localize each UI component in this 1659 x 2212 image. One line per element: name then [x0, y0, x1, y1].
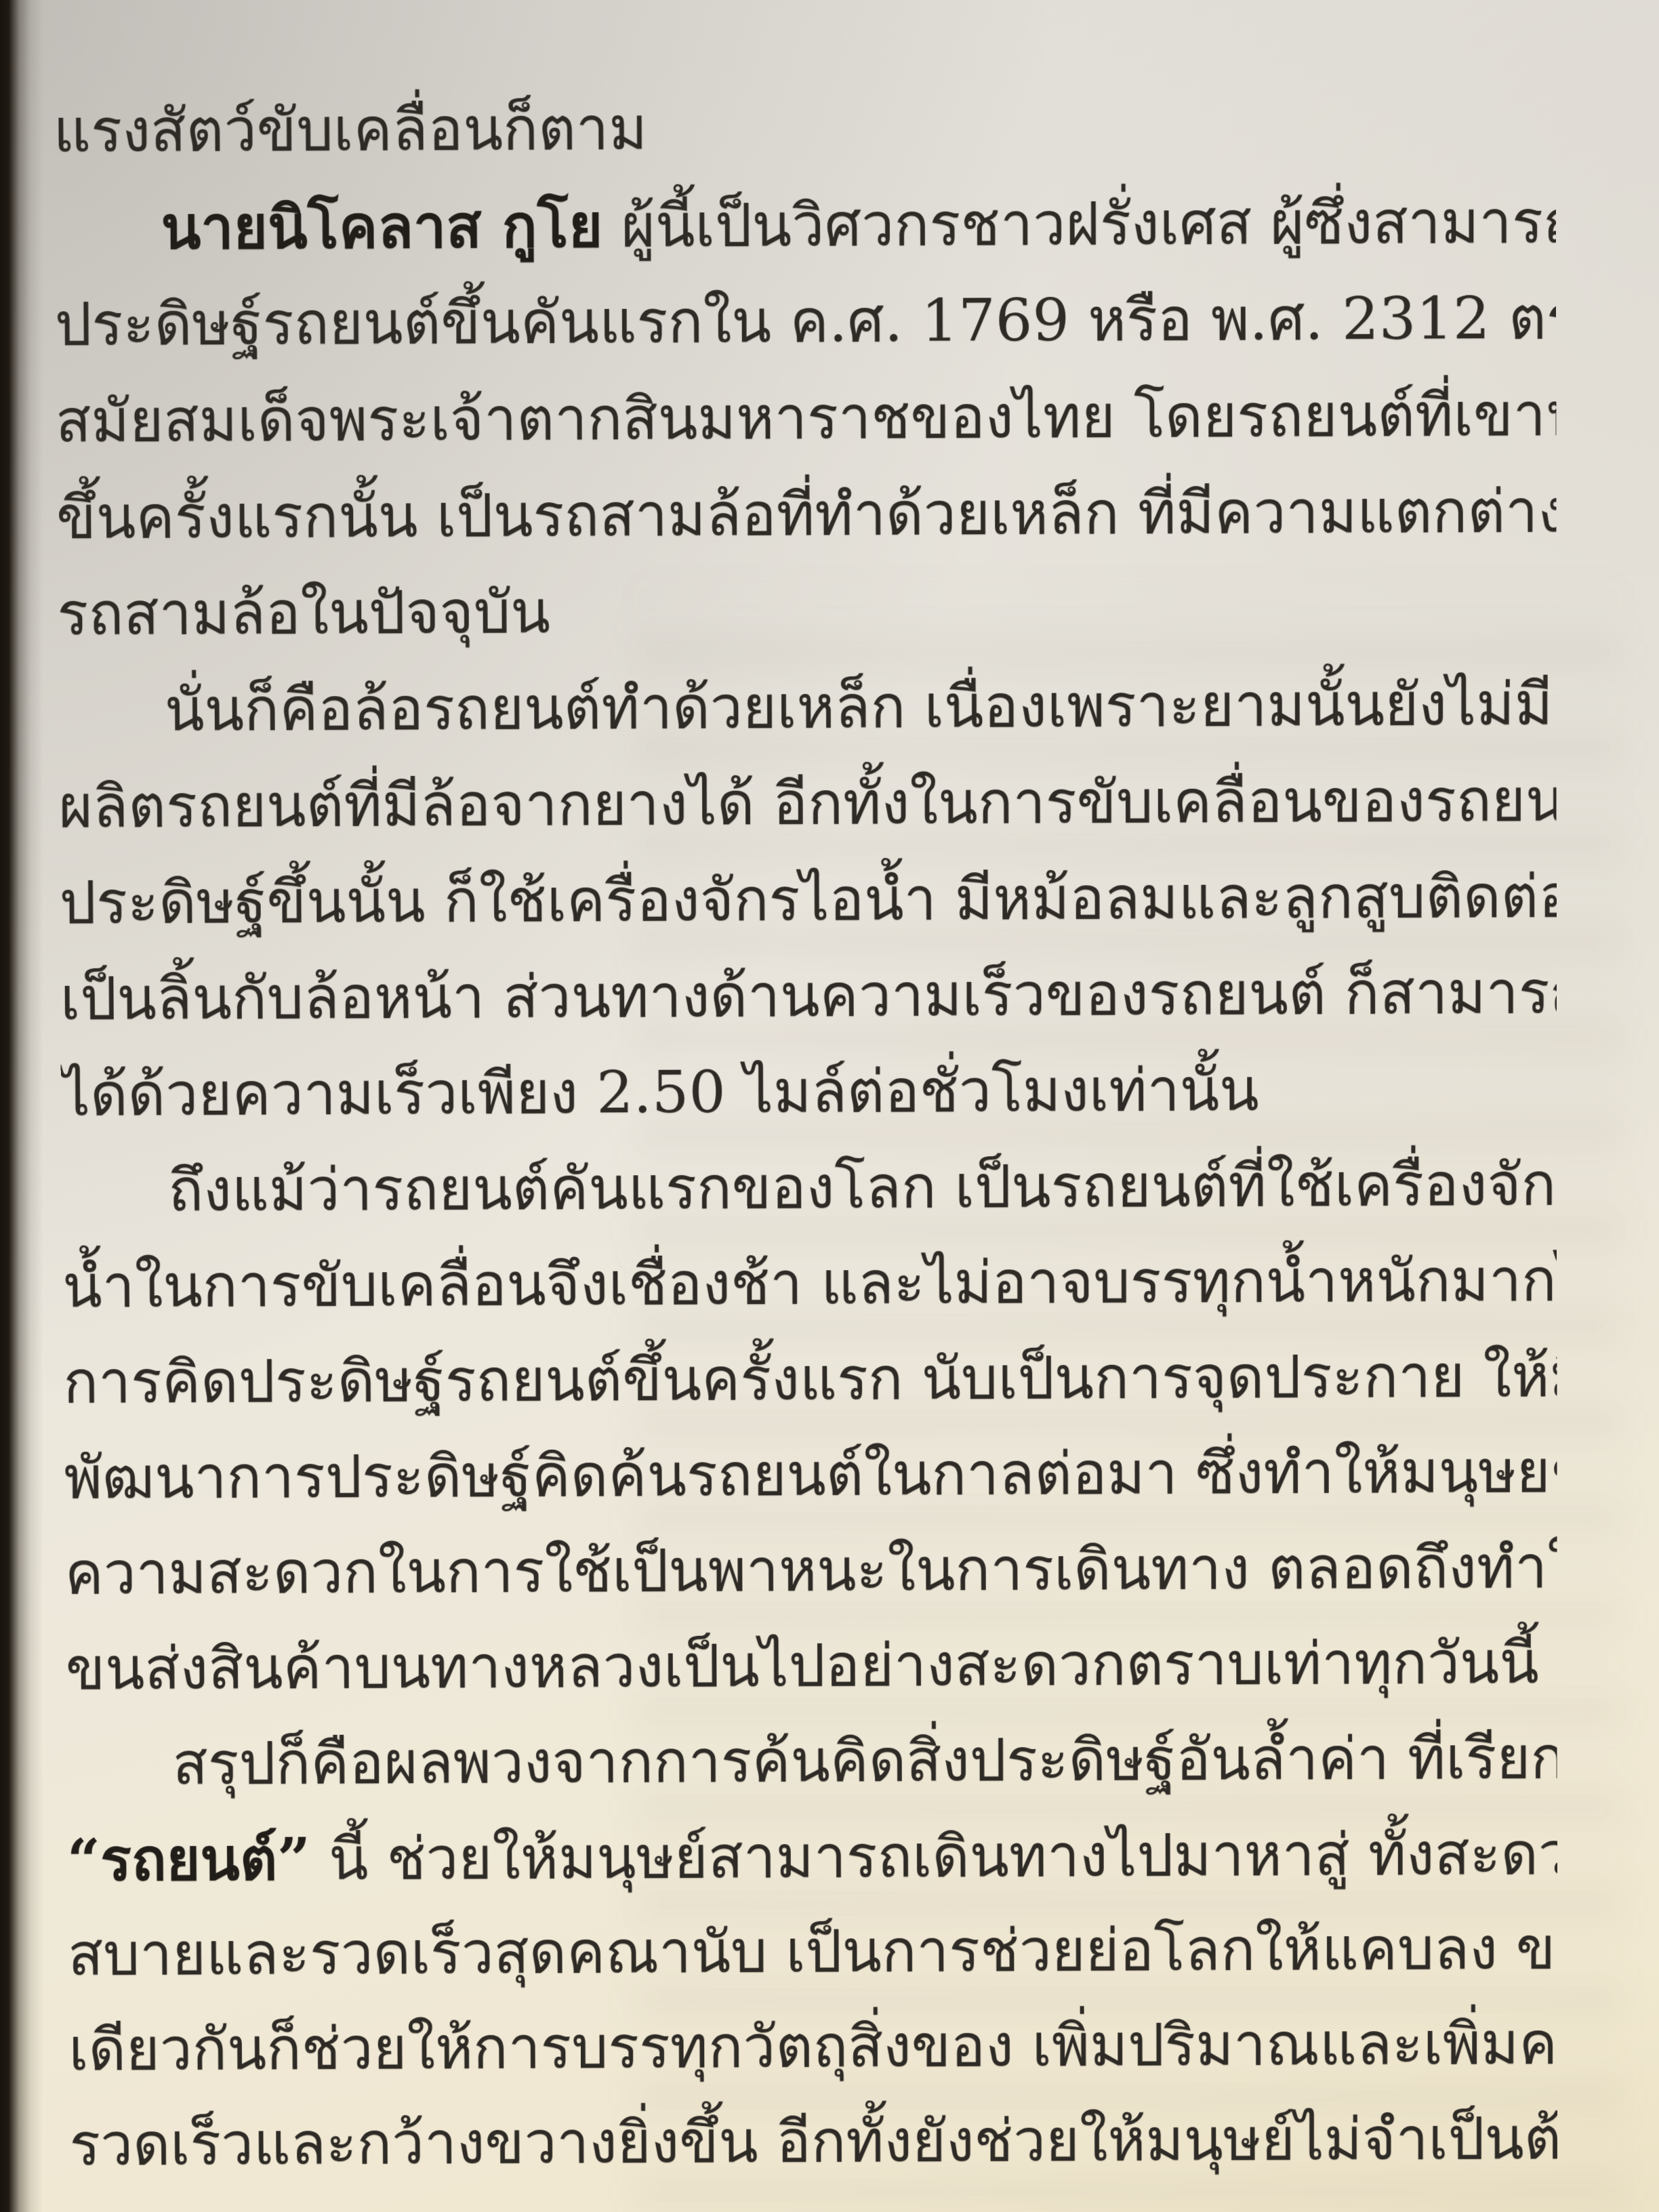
text-line: ได้ด้วยความเร็วเพียง 2.50 ไมล์ต่อชั่วโมง…	[60, 1041, 1557, 1143]
page-edge-shadow	[0, 0, 43, 2212]
text-line: ขึ้นครั้งแรกนั้น เป็นรถสามล้อที่ทำด้วยเห…	[56, 464, 1557, 567]
paragraph: นายนิโคลาส กูโย ผู้นี้เป็นวิศวกรชาวฝรั่ง…	[54, 173, 1556, 663]
line-text: นี้ ช่วยให้มนุษย์สามารถเดินทางไปมาหาสู่ …	[310, 1820, 1557, 1893]
bold-lead: นายนิโคลาส กูโย	[161, 192, 602, 262]
text-line: นายนิโคลาส กูโย ผู้นี้เป็นวิศวกรชาวฝรั่ง…	[54, 173, 1556, 276]
book-page-photo: { "page": { "description": "Photographed…	[0, 0, 1659, 2212]
bold-lead: “รถยนต์”	[67, 1826, 311, 1894]
text-line: รถสามล้อในปัจจุบัน	[57, 560, 1557, 663]
text-line: “รถยนต์” นี้ ช่วยให้มนุษย์สามารถเดินทางไ…	[67, 1806, 1557, 1908]
continuation-line: แรงสัตว์ขับเคลื่อนก็ตาม	[53, 77, 1556, 180]
text-line: รวดเร็วและกว้างขวางยิ่งขึ้น อีกทั้งยังช่…	[69, 2091, 1557, 2193]
text-line: เป็นลิ้นกับล้อหน้า ส่วนทางด้านความเร็วขอ…	[60, 945, 1557, 1048]
paragraph: สรุปก็คือผลพวงจากการค้นคิดสิ่งประดิษฐ์อั…	[66, 1711, 1557, 2192]
text-line: พัฒนาการประดิษฐ์คิดค้นรถยนต์ในกาลต่อมา ซ…	[64, 1425, 1557, 1527]
text-line: เดียวกันก็ช่วยให้การบรรทุกวัตถุสิ่งของ เ…	[68, 1996, 1557, 2098]
text-line: สมัยสมเด็จพระเจ้าตากสินมหาราชของไทย โดยร…	[55, 367, 1556, 470]
text-line: การคิดประดิษฐ์รถยนต์ขึ้นครั้งแรก นับเป็น…	[63, 1329, 1557, 1431]
text-line: สบายและรวดเร็วสุดคณานับ เป็นการช่วยย่อโล…	[68, 1902, 1557, 2003]
page-text-block: แรงสัตว์ขับเคลื่อนก็ตาม นายนิโคลาส กูโย …	[53, 77, 1557, 2193]
paragraph: ถึงแม้ว่ารถยนต์คันแรกของโลก เป็นรถยนต์ที…	[62, 1137, 1557, 1717]
text-line: ขนส่งสินค้าบนทางหลวงเป็นไปอย่างสะดวกตราบ…	[65, 1616, 1557, 1717]
text-line: สรุปก็คือผลพวงจากการค้นคิดสิ่งประดิษฐ์อั…	[66, 1711, 1557, 1812]
text-line: นั่นก็คือล้อรถยนต์ทำด้วยเหล็ก เนื่องเพรา…	[58, 657, 1557, 760]
text-line: น้ำในการขับเคลื่อนจึงเชื่องช้า และไม่อาจ…	[62, 1233, 1557, 1335]
text-line: ความสะดวกในการใช้เป็นพาหนะในการเดินทาง ต…	[64, 1520, 1557, 1622]
line-text: ผู้นี้เป็นวิศวกรชาวฝรั่งเศส ผู้ซึ่งสามาร…	[602, 188, 1556, 260]
text-line: ประดิษฐ์รถยนต์ขึ้นคันแรกใน ค.ศ. 1769 หรื…	[54, 270, 1556, 373]
paragraph: นั่นก็คือล้อรถยนต์ทำด้วยเหล็ก เนื่องเพรา…	[58, 657, 1557, 1144]
text-line: ผลิตรถยนต์ที่มีล้อจากยางได้ อีกทั้งในการ…	[58, 753, 1557, 856]
text-line: ถึงแม้ว่ารถยนต์คันแรกของโลก เป็นรถยนต์ที…	[62, 1137, 1557, 1240]
text-line: ประดิษฐ์ขึ้นนั้น ก็ใช้เครื่องจักรไอน้ำ ม…	[59, 849, 1557, 951]
